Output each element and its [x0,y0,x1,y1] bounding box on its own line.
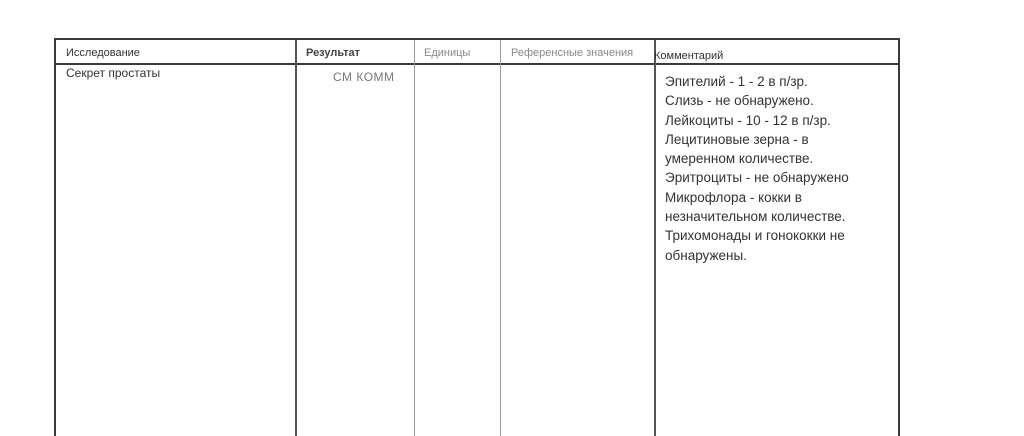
comment-line: Лейкоциты - 10 - 12 в п/зр. [665,111,849,130]
header-units: Единицы [424,47,470,59]
comment-line: Микрофлора - кокки в [665,188,849,207]
header-comment: Комментарий [654,50,723,62]
column-divider [654,40,656,436]
header-reference: Референсные значения [511,47,633,59]
comment-line: Эпителий - 1 - 2 в п/зр. [665,72,849,91]
column-divider [295,40,297,436]
comment-line: незначительном количестве. [665,207,849,226]
header-study: Исследование [66,47,140,59]
row-result: СМ КОММ [333,70,395,84]
comment-line: обнаружены. [665,246,849,265]
comment-line: Трихомонады и гонококки не [665,226,849,245]
table-header-row [56,40,898,65]
header-comment-label: Комментарий [654,50,723,62]
row-comment: Эпителий - 1 - 2 в п/зр. Слизь - не обна… [665,72,849,265]
header-result: Результат [306,47,360,59]
comment-line: умеренном количестве. [665,149,849,168]
row-study: Секрет простаты [66,66,160,80]
comment-line: Лецитиновые зерна - в [665,130,849,149]
results-table: Исследование Результат Единицы Референсн… [54,38,900,436]
comment-line: Эритроциты - не обнаружено [665,168,849,187]
column-divider [414,40,415,436]
comment-line: Слизь - не обнаружено. [665,91,849,110]
column-divider [500,40,501,436]
